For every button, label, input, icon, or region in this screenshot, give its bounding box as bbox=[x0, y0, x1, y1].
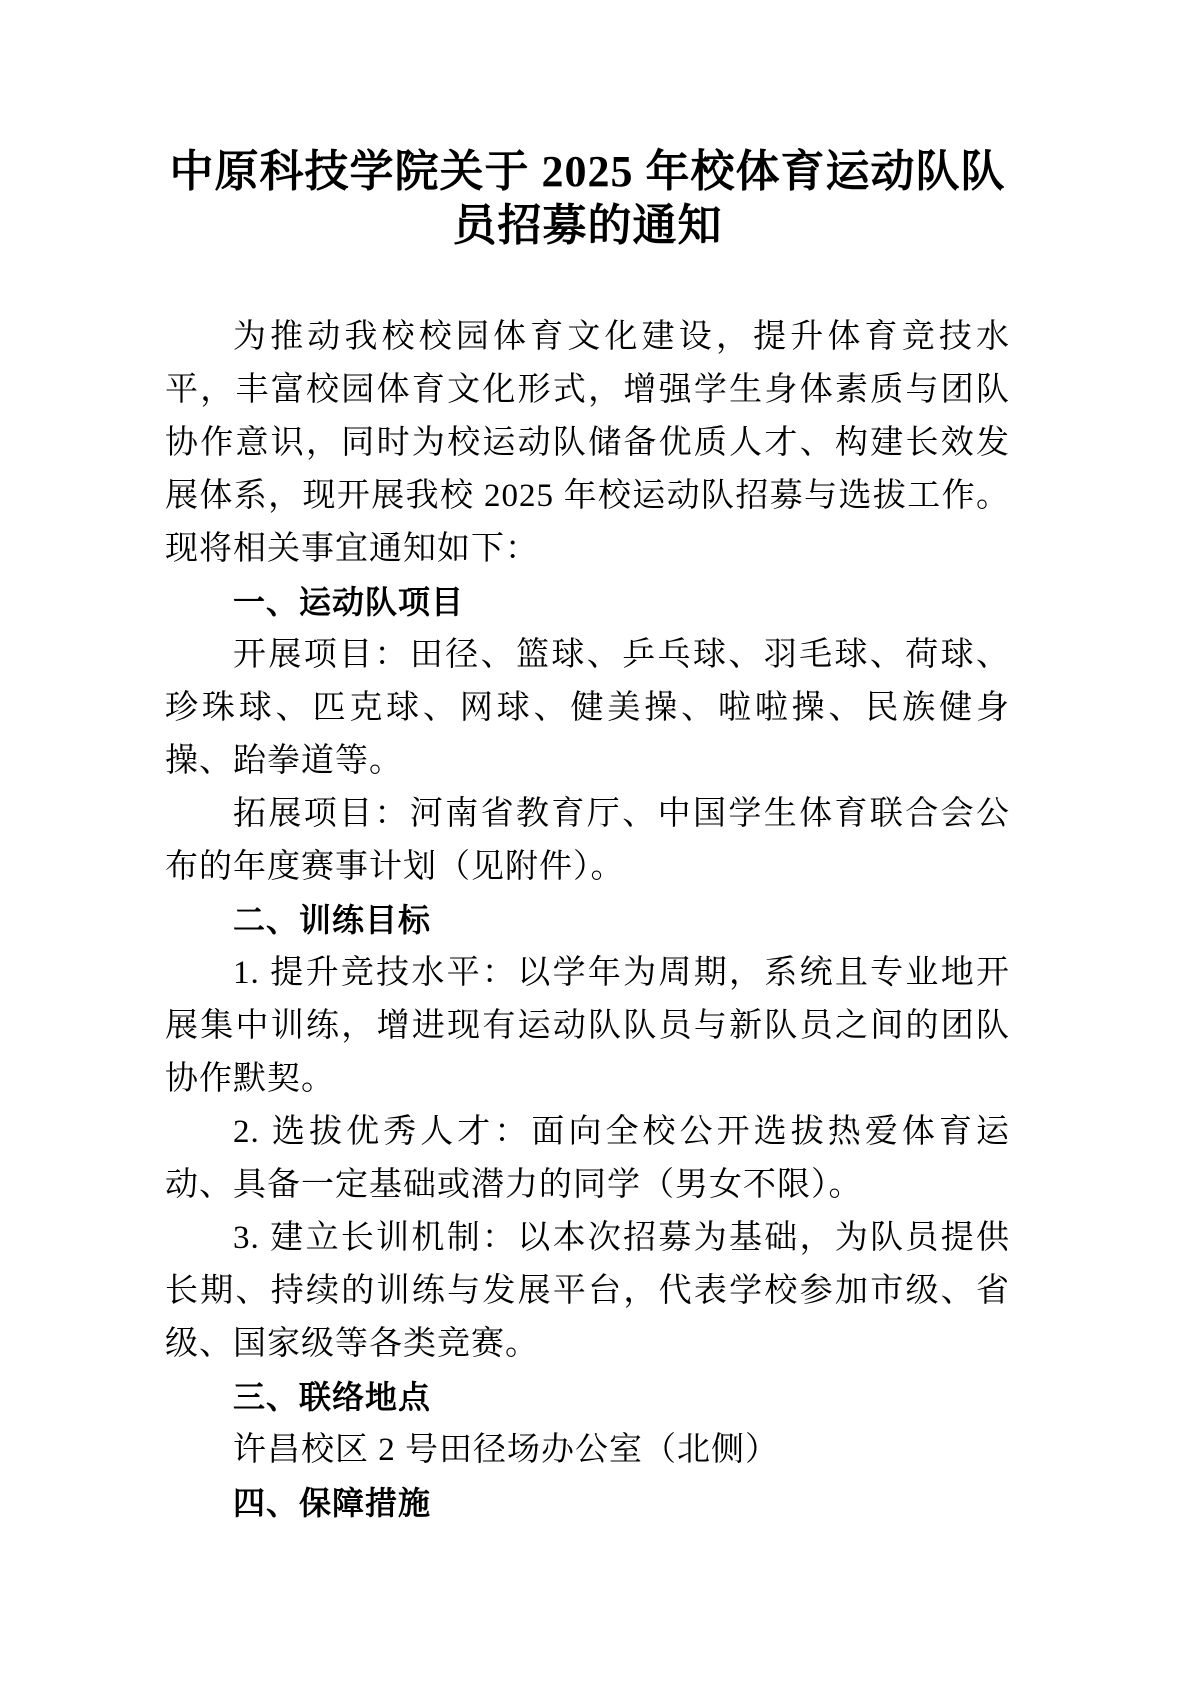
list-item-goal-1: 1. 提升竞技水平：以学年为周期，系统且专业地开展集中训练，增进现有运动队队员与… bbox=[165, 947, 1010, 1106]
section-heading-training-goals: 二、训练目标 bbox=[165, 894, 1010, 947]
list-item-goal-3: 3. 建立长训机制：以本次招募为基础，为队员提供长期、持续的训练与发展平台，代表… bbox=[165, 1212, 1010, 1371]
paragraph-programs-main: 开展项目：田径、篮球、乒乓球、羽毛球、荷球、珍珠球、匹克球、网球、健美操、啦啦操… bbox=[165, 629, 1010, 788]
paragraph-programs-extended: 拓展项目：河南省教育厅、中国学生体育联合会公布的年度赛事计划（见附件）。 bbox=[165, 788, 1010, 894]
section-heading-sports-programs: 一、运动队项目 bbox=[165, 576, 1010, 629]
page-title-line-1: 中原科技学院关于 2025 年校体育运动队队 bbox=[165, 145, 1010, 199]
page-title: 中原科技学院关于 2025 年校体育运动队队 员招募的通知 bbox=[165, 145, 1010, 253]
list-item-goal-2: 2. 选拔优秀人才：面向全校公开选拔热爱体育运动、具备一定基础或潜力的同学（男女… bbox=[165, 1106, 1010, 1212]
page-title-line-2: 员招募的通知 bbox=[165, 199, 1010, 253]
document-body: 为推动我校校园体育文化建设，提升体育竞技水平，丰富校园体育文化形式，增强学生身体… bbox=[165, 311, 1010, 1530]
paragraph-location: 许昌校区 2 号田径场办公室（北侧） bbox=[165, 1424, 1010, 1477]
document-page: 中原科技学院关于 2025 年校体育运动队队 员招募的通知 为推动我校校园体育文… bbox=[0, 0, 1191, 1684]
paragraph-intro: 为推动我校校园体育文化建设，提升体育竞技水平，丰富校园体育文化形式，增强学生身体… bbox=[165, 311, 1010, 576]
section-heading-contact-location: 三、联络地点 bbox=[165, 1371, 1010, 1424]
section-heading-support-measures: 四、保障措施 bbox=[165, 1477, 1010, 1530]
